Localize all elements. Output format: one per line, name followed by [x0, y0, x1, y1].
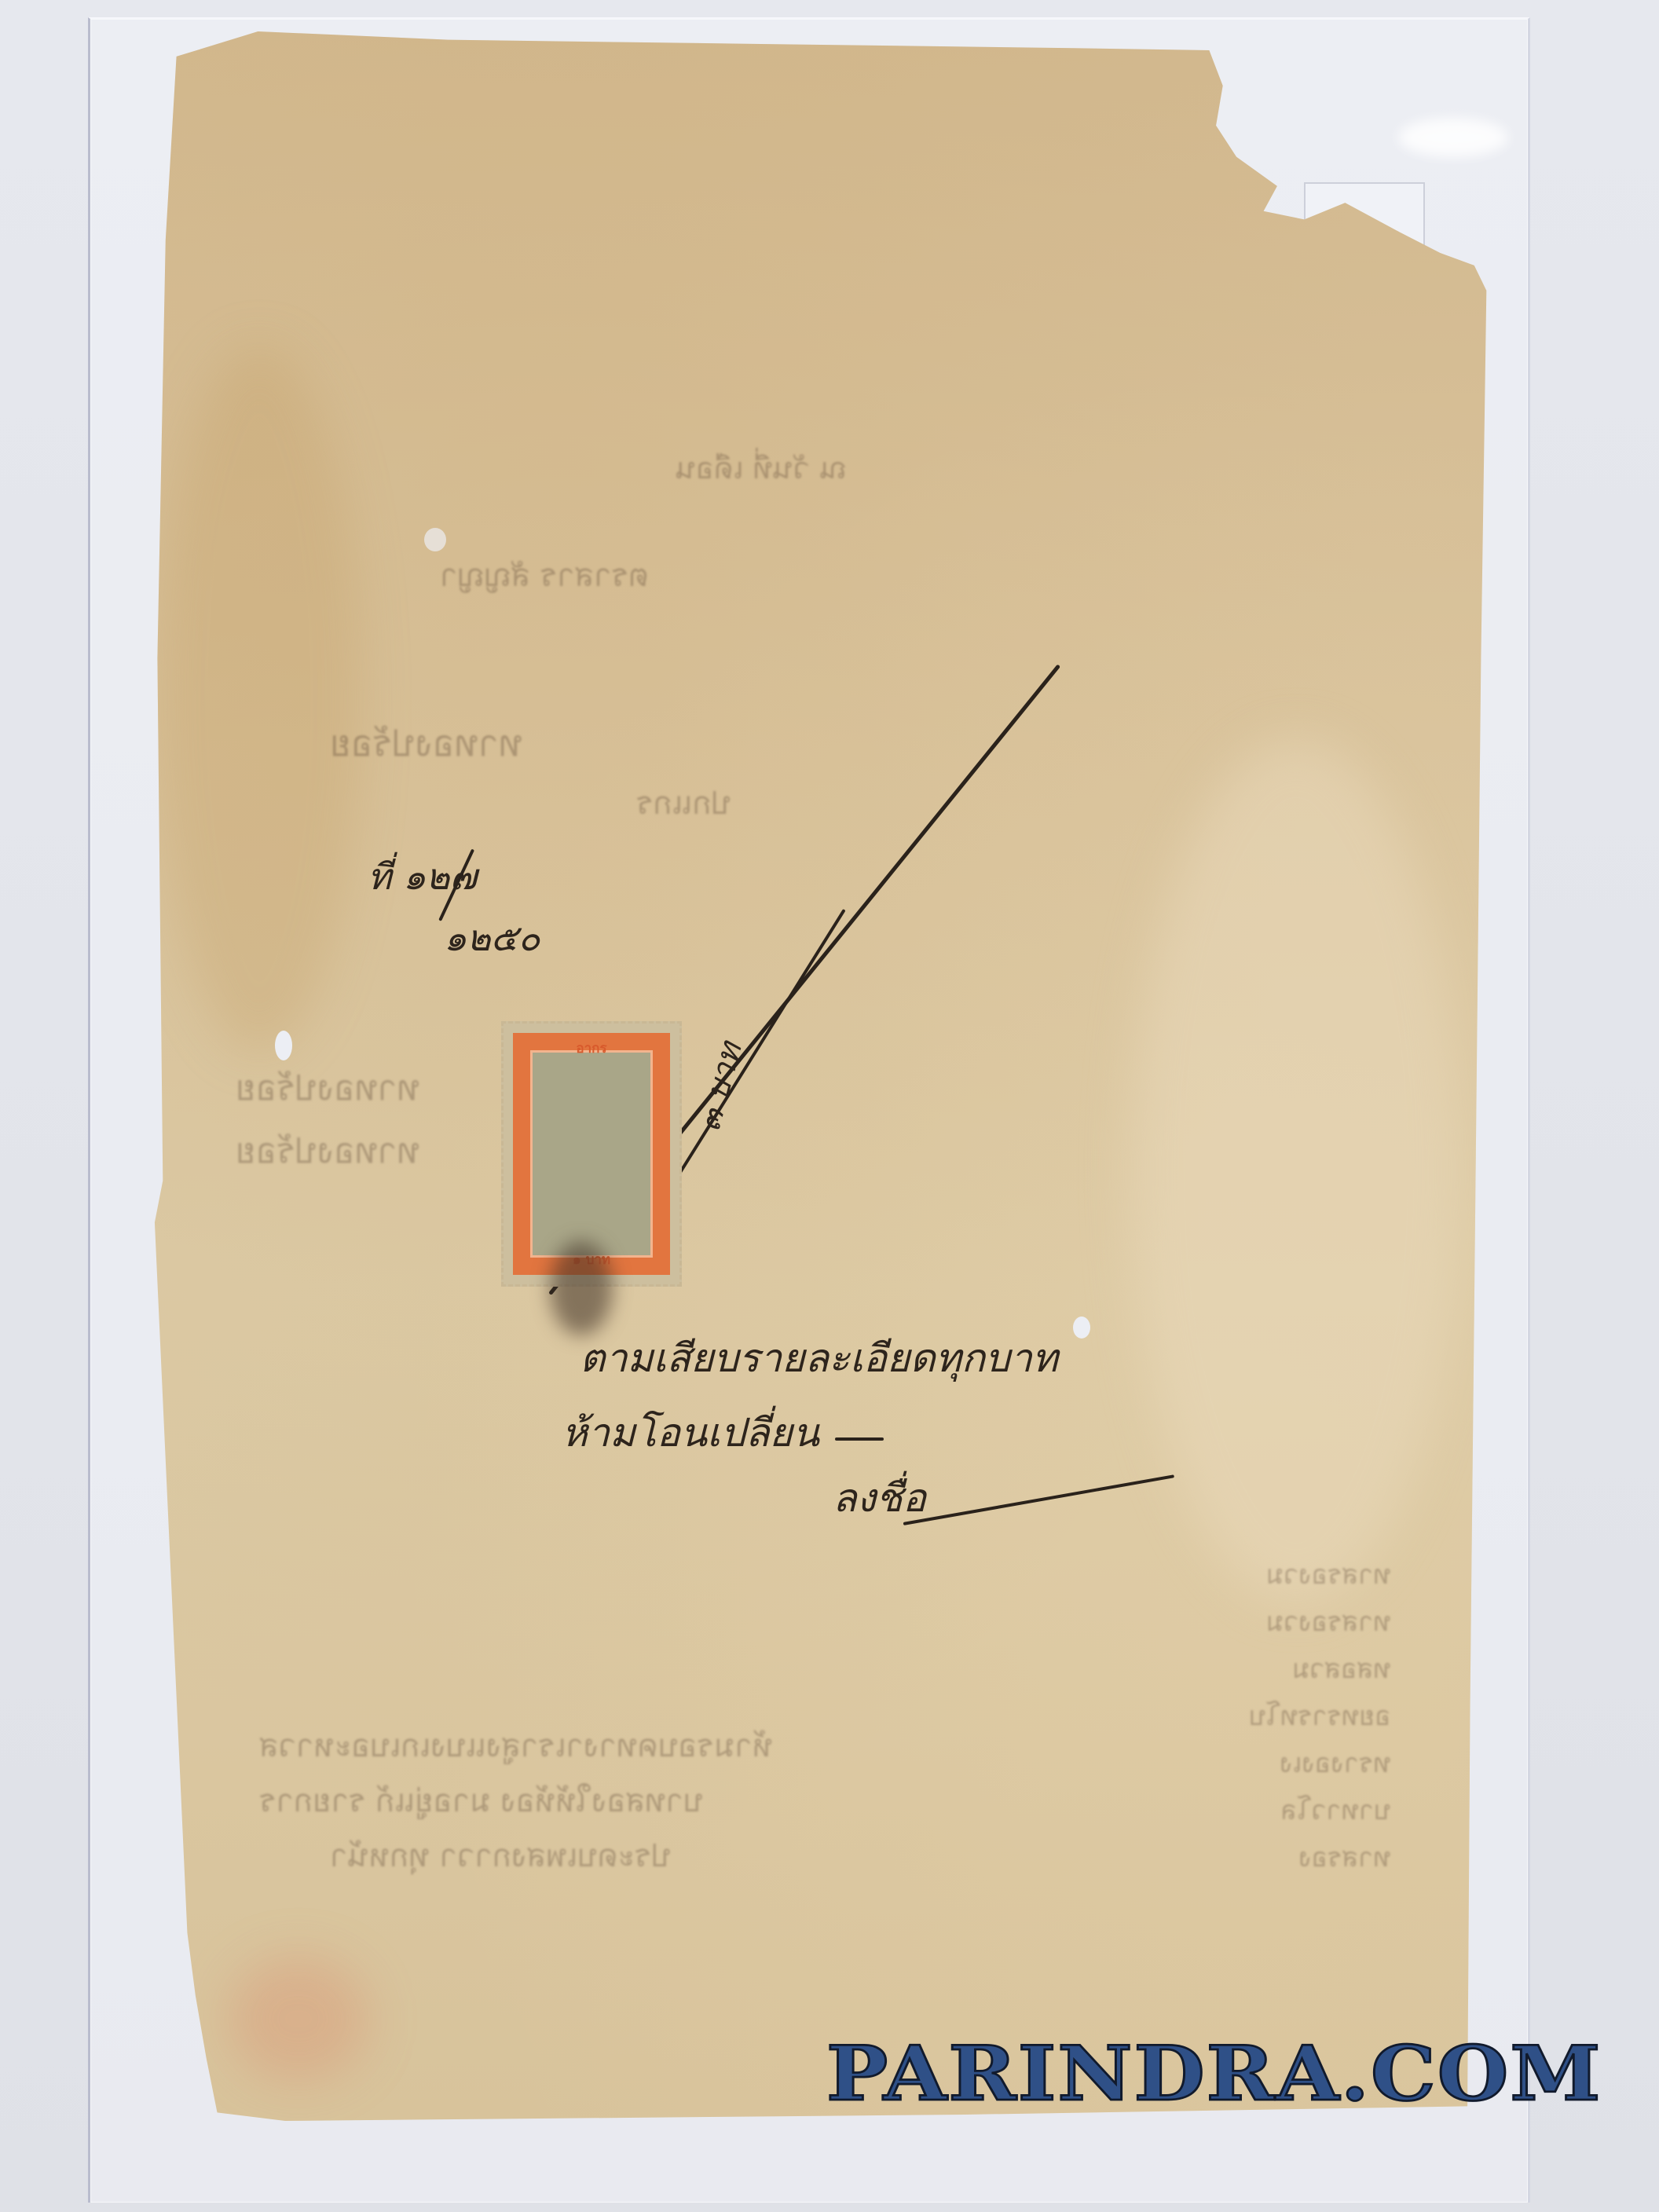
bleed-through-text: ทาทองปร้อย	[236, 1123, 419, 1178]
sleeve-glare	[1398, 118, 1508, 157]
paper-stain	[157, 346, 361, 1053]
reference-year: ๑๒๕๐	[444, 910, 540, 967]
ink-blot	[550, 1241, 613, 1335]
paper-hole	[275, 1031, 292, 1060]
bleed-through-text: บาทสองให้ห้อง มาอยู่แก้ รายการ	[259, 1775, 703, 1826]
bleed-through-text: ห้ามรอบคทางาเราสูงแบงเกเบอะหาวส	[259, 1720, 773, 1771]
paper-hole	[424, 528, 446, 551]
paper-stain	[228, 1956, 369, 2082]
signature-line-1: ตามเสียบรายละเอียดทุกบาท	[580, 1328, 1058, 1390]
bleed-through-text: ประดบเพสงกาวา ทุกหน้า	[330, 1830, 672, 1881]
paper-stain	[1131, 738, 1461, 1602]
bleed-through-text: ตราสาร สัญญา	[440, 550, 649, 600]
signature-line-2: ห้ามโอนเปลี่ยน	[562, 1402, 819, 1464]
bleed-through-text: ณ วันที่ เดือน	[676, 444, 847, 492]
stamp-frame	[513, 1033, 670, 1275]
bleed-through-text: ทาทองปร้อย	[330, 715, 522, 772]
bleed-through-text: ทาสรองวมทาสรองวมทสอสวมอยทรารทโบทรางองเงบ…	[1249, 1551, 1391, 1881]
bleed-through-text: ทาทองปร้อย	[236, 1060, 419, 1115]
stamp-top-text: อากร	[504, 1038, 679, 1059]
paper-hole	[1073, 1317, 1090, 1339]
watermark-text: PARINDRA.COM	[826, 2029, 1602, 2118]
signature-underline	[835, 1437, 884, 1441]
bleed-through-text: ปกแกร	[636, 778, 731, 828]
